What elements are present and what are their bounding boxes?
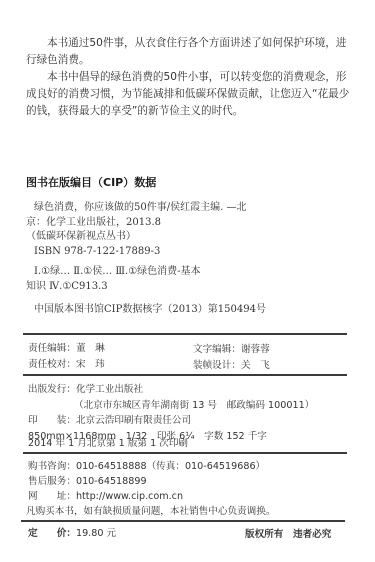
price-label: 定 价：: [28, 528, 76, 539]
website-label: 网 址：: [28, 491, 76, 502]
credit-proofreader: 责任校对：宋 玮: [28, 358, 105, 372]
credit-text-editor: 文字编辑：谢蓉蓉: [193, 343, 270, 357]
printer-label: 印 装：: [28, 415, 76, 426]
cip-heading: 图书在版编目（CIP）数据: [26, 174, 156, 190]
cip-isbn: ISBN 978-7-122-17889-3: [34, 245, 160, 260]
credit-label: 装帧设计：: [193, 360, 241, 371]
printer-line: 印 装：北京云浩印刷有限责任公司: [28, 414, 191, 428]
cip-line: 知识 Ⅳ.①C913.3: [26, 280, 108, 295]
credit-designer: 装帧设计：关 飞: [193, 359, 270, 373]
divider: [23, 374, 347, 376]
credit-value: 宋 玮: [76, 359, 105, 370]
credit-label: 责任校对：: [28, 359, 76, 370]
cip-line: 绿色消费，你应该做的50件事/侯红霞主编. —北: [34, 201, 246, 216]
price-value: 19.80 元: [76, 528, 116, 539]
website-link[interactable]: http://www.cip.com.cn: [76, 491, 183, 502]
credit-label: 责任编辑：: [28, 343, 76, 354]
divider: [23, 452, 347, 454]
price-line: 定 价：19.80 元: [28, 527, 116, 541]
cip-line: （低碳环保新视点丛书）: [26, 230, 136, 245]
intro-section: 本书通过50件事，从衣食住行各个方面讲述了如何保护环境，进行绿色消费。 本书中倡…: [26, 35, 352, 120]
cip-record-number: 中国版本图书馆CIP数据核字（2013）第150494号: [34, 303, 266, 318]
intro-paragraph-1: 本书通过50件事，从衣食住行各个方面讲述了如何保护环境，进行绿色消费。: [26, 35, 352, 69]
website-line: 网 址：http://www.cip.com.cn: [28, 490, 183, 504]
edition-info: 2014 年 1 月北京第 1 版第 1 次印刷: [28, 437, 188, 451]
credit-label: 文字编辑：: [193, 344, 241, 355]
credit-value: 关 飞: [241, 360, 270, 371]
publisher-address: （北京市东城区青年湖南街 13 号 邮政编码 100011）: [74, 399, 314, 413]
credit-value: 董 琳: [76, 343, 105, 354]
credit-editor: 责任编辑：董 琳: [28, 342, 105, 356]
purchase-contact: 购书咨询：010-64518888（传真：010-64519686）: [28, 460, 265, 474]
divider: [21, 520, 345, 522]
copyright-notice: 版权所有 违者必究: [245, 528, 331, 542]
intro-paragraph-2: 本书中倡导的绿色消费的50件小事，可以转变您的消费观念，形成良好的消费习惯，为节…: [26, 69, 352, 120]
publisher-name: 化学工业出版社: [76, 384, 143, 395]
exchange-notice: 凡购买本书，如有缺损质量问题，本社销售中心负责调换。: [26, 505, 275, 519]
cip-line: Ⅰ.①绿… Ⅱ.①侯… Ⅲ.①绿色消费-基本: [34, 265, 201, 280]
credit-value: 谢蓉蓉: [241, 344, 270, 355]
divider: [23, 333, 347, 335]
after-sales-contact: 售后服务：010-64518899: [28, 475, 147, 489]
publisher-line: 出版发行：化学工业出版社: [28, 383, 143, 397]
publisher-label: 出版发行：: [28, 384, 76, 395]
printer-name: 北京云浩印刷有限责任公司: [76, 415, 191, 426]
cip-line: 京：化学工业出版社，2013.8: [26, 216, 161, 231]
